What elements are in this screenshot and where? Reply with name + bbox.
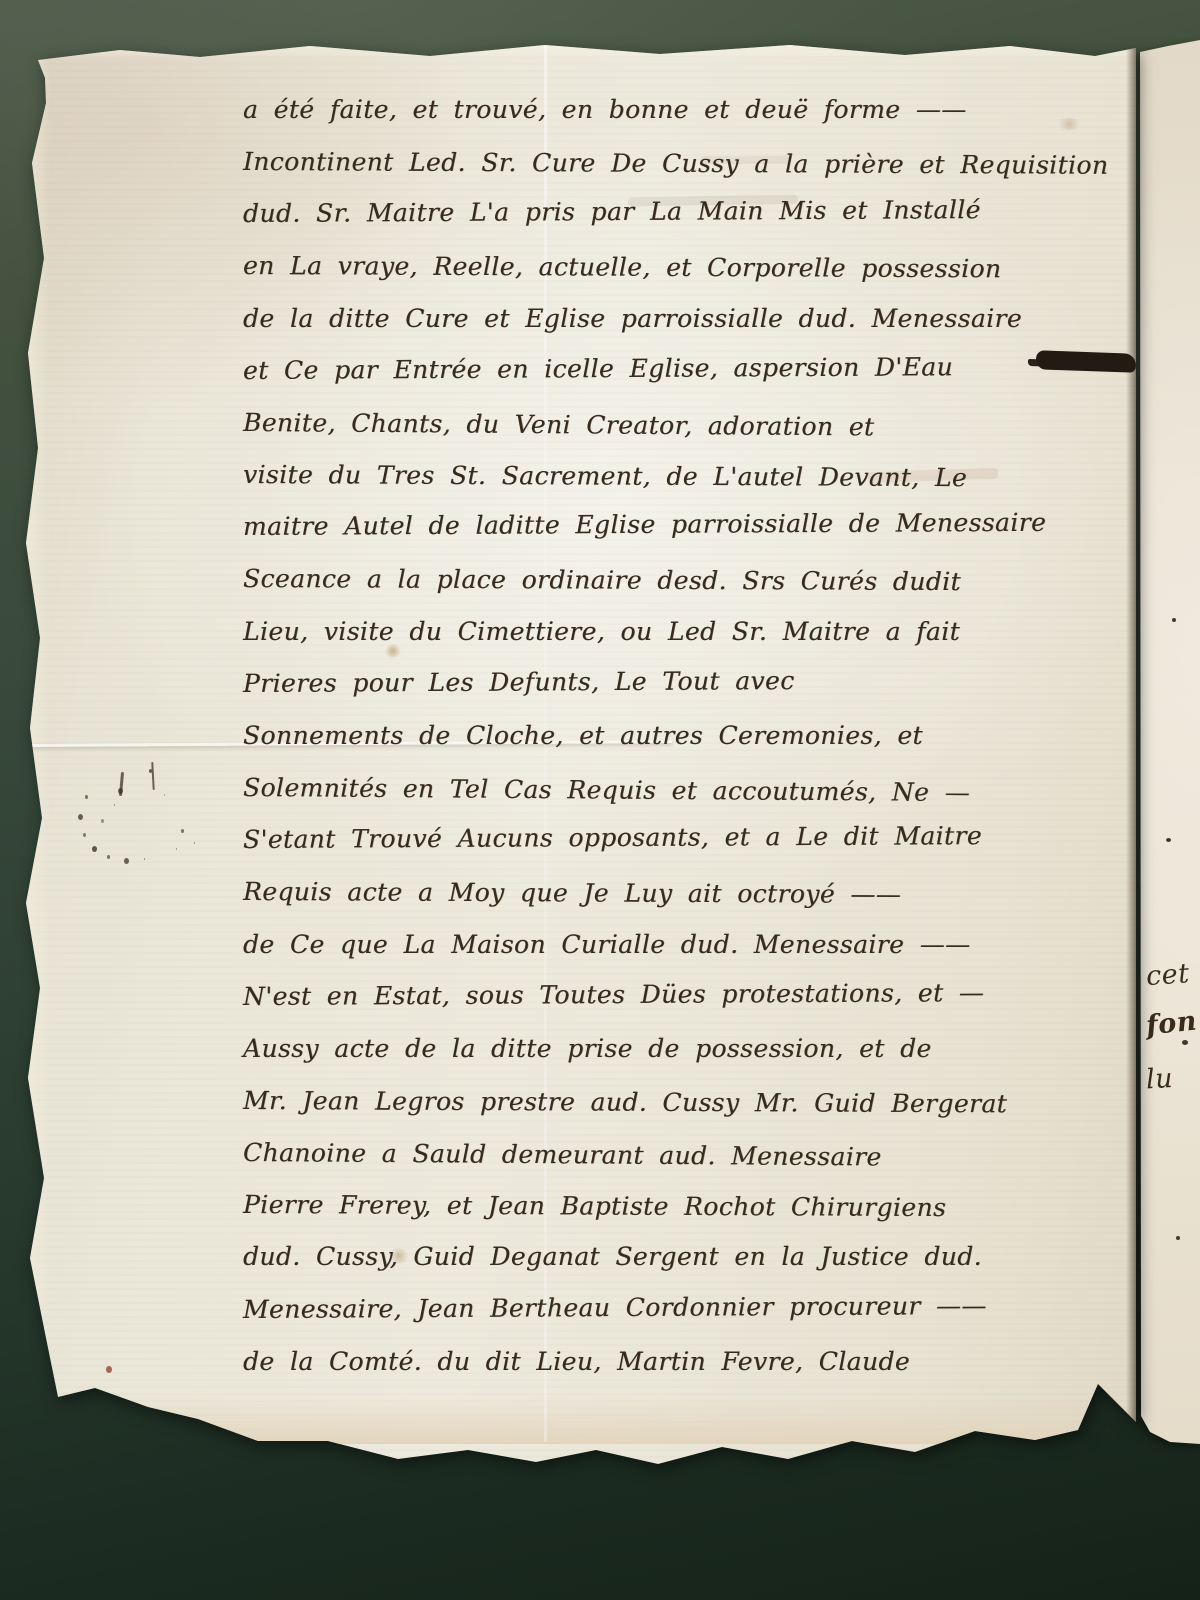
- manuscript-page-wrapper: a été faite, et trouvé, en bonne et deuë…: [0, 0, 1200, 1600]
- manuscript-line: Chanoine a Sauld demeurant aud. Menessai…: [243, 1127, 1143, 1185]
- manuscript-line: Prieres pour Les Defunts, Le Tout avec: [243, 653, 1143, 710]
- manuscript-line: S'etant Trouvé Aucuns opposants, et a Le…: [243, 809, 1143, 866]
- manuscript-line: de la Comté. du dit Lieu, Martin Fevre, …: [243, 1336, 1143, 1388]
- torn-edge-bottom: [50, 1396, 1136, 1444]
- manuscript-line: N'est en Estat, sous Toutes Dües protest…: [243, 966, 1143, 1023]
- torn-edge-top: [36, 44, 1136, 60]
- ink-blot-strikeout: [1036, 350, 1137, 372]
- manuscript-line: a été faite, et trouvé, en bonne et deuë…: [243, 84, 1143, 136]
- ink-smudge-stroke: [151, 762, 154, 790]
- manuscript-line: Sceance a la place ordinaire desd. Srs C…: [243, 553, 1143, 609]
- manuscript-page: a été faite, et trouvé, en bonne et deuë…: [0, 0, 1200, 1600]
- manuscript-line: de la ditte Cure et Eglise parroissialle…: [243, 293, 1143, 345]
- manuscript-line: Benite, Chants, du Veni Creator, adorati…: [243, 397, 1143, 455]
- foxing-stain: [106, 1366, 112, 1373]
- manuscript-line: Pierre Frerey, et Jean Baptiste Rochot C…: [243, 1179, 1143, 1235]
- manuscript-line: Sonnements de Cloche, et autres Ceremoni…: [243, 710, 1143, 762]
- ink-smudge-stroke: [119, 772, 124, 796]
- handwritten-text-block: a été faite, et trouvé, en bonne et deuë…: [243, 84, 1143, 1388]
- torn-edge-left: [24, 60, 50, 1400]
- manuscript-line: Requis acte a Moy que Je Luy ait octroyé…: [243, 866, 1143, 922]
- photo-of-manuscript: { "manuscript": { "lines": [ "a été fait…: [0, 0, 1200, 1600]
- ink-blot-dash: [0, 8, 96, 23]
- manuscript-line: Lieu, visite du Cimettiere, ou Led Sr. M…: [243, 606, 1143, 658]
- manuscript-line: Mr. Jean Legros prestre aud. Cussy Mr. G…: [243, 1075, 1143, 1131]
- manuscript-line: maitre Autel de laditte Eglise parroissi…: [243, 497, 1143, 554]
- manuscript-line: Menessaire, Jean Bertheau Cordonnier pro…: [243, 1279, 1143, 1336]
- manuscript-line: dud. Sr. Maitre L'a pris par La Main Mis…: [243, 184, 1143, 241]
- manuscript-line: et Ce par Entrée en icelle Eglise, asper…: [243, 340, 1143, 397]
- ink-blot-underline: [0, 0, 112, 13]
- manuscript-line: en La vraye, Reelle, actuelle, et Corpor…: [243, 240, 1143, 296]
- manuscript-line: de Ce que La Maison Curialle dud. Meness…: [243, 919, 1143, 971]
- manuscript-line: dud. Cussy, Guid Deganat Sergent en la J…: [243, 1231, 1143, 1283]
- manuscript-line: Aussy acte de la ditte prise de possessi…: [243, 1023, 1143, 1075]
